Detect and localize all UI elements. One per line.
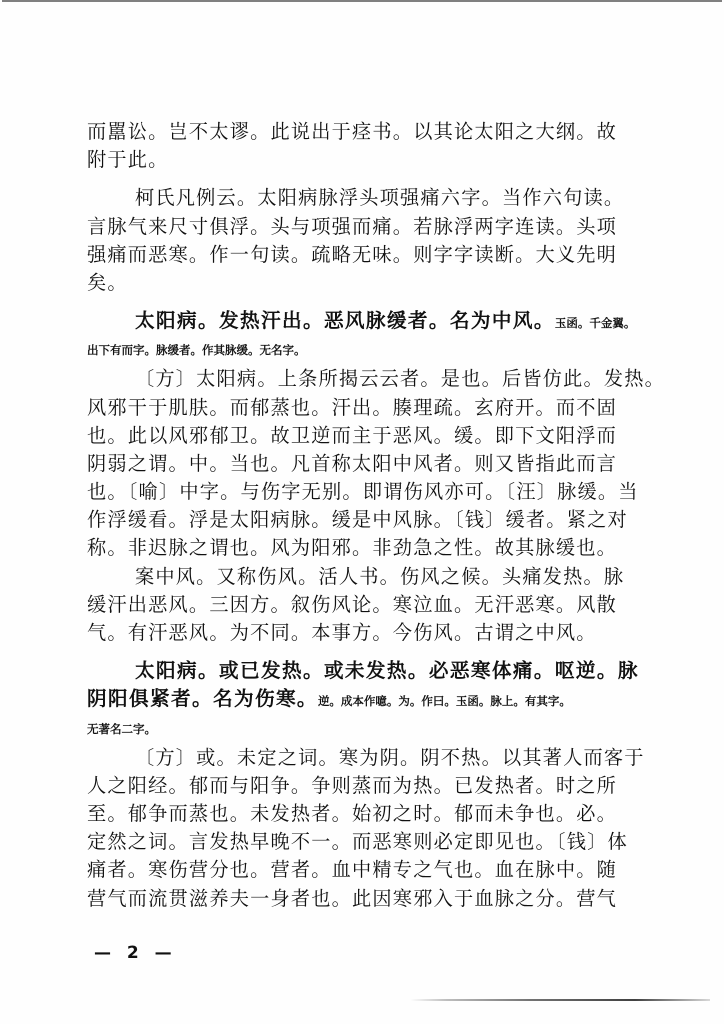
commentary-start-fang-2: 〔方〕或。未定之词。寒为阴。阴不热。以其著人而客于 [87, 744, 677, 772]
text-line: 矣。 [87, 269, 677, 297]
page-number: — 2 — [94, 943, 177, 963]
text-line: 气。有汗恶风。为不同。本事方。今伤风。古谓之中风。 [87, 619, 677, 647]
collation-note: 玉函。千金翼。 [555, 316, 636, 330]
classic-clause-zhongfeng: 太阳病。发热汗出。恶风脉缓者。名为中风。玉函。千金翼。 [87, 307, 677, 335]
text-line: 称。非迟脉之谓也。风为阳邪。非劲急之性。故其脉缓也。 [87, 534, 677, 562]
document-page-body: 而嚚讼。岂不太谬。此说出于痉书。以其论太阳之大纲。故 附于此。 柯氏凡例云。太阳… [87, 118, 677, 913]
clause-text: 太阳病。发热汗出。恶风脉缓者。名为中风。 [135, 309, 555, 332]
scan-top-border [2, 0, 722, 2]
text-line: 作浮缓看。浮是太阳病脉。缓是中风脉。〔钱〕缓者。紧之对 [87, 506, 677, 534]
paragraph-start-an: 案中风。又称伤风。活人书。伤风之候。头痛发热。脉 [87, 563, 677, 591]
text-line: 附于此。 [87, 146, 677, 174]
classic-clause-shanghan-cont: 阴阳俱紧者。名为伤寒。逆。成本作噫。为。作曰。玉函。脉上。有其字。 [87, 685, 677, 713]
paragraph-start-ke-shi: 柯氏凡例云。太阳病脉浮头项强痛六字。当作六句读。 [87, 184, 677, 212]
text-line: 也。此以风邪郁卫。故卫逆而主于恶风。缓。即下文阳浮而 [87, 422, 677, 450]
text-line: 人之阳经。郁而与阳争。争则蒸而为热。已发热者。时之所 [87, 772, 677, 800]
text-line: 定然之词。言发热早晚不一。而恶寒则必定即见也。〔钱〕体 [87, 828, 677, 856]
text-line: 缓汗出恶风。三因方。叙伤风论。寒泣血。无汗恶寒。风散 [87, 591, 677, 619]
commentary-start-fang: 〔方〕太阳病。上条所揭云云者。是也。后皆仿此。发热。 [87, 365, 677, 393]
text-line: 营气而流贯滋养夫一身者也。此因寒邪入于血脉之分。营气 [87, 885, 677, 913]
collation-note: 逆。成本作噫。为。作曰。玉函。脉上。有其字。 [318, 694, 571, 708]
text-line: 也。〔喻〕中字。与伤字无别。即谓伤风亦可。〔汪〕脉缓。当 [87, 478, 677, 506]
text-line: 至。郁争而蒸也。未发热者。始初之时。郁而未争也。必。 [87, 800, 677, 828]
text-line: 强痛而恶寒。作一句读。疏略无味。则字字读断。大义先明 [87, 241, 677, 269]
collation-note-line: 无著名二字。 [87, 714, 677, 744]
classic-clause-shanghan: 太阳病。或已发热。或未发热。必恶寒体痛。呕逆。脉 [87, 657, 677, 685]
text-line: 风邪干于肌肤。而郁蒸也。汗出。腠理疏。玄府开。而不固 [87, 394, 677, 422]
text-line: 痛者。寒伤营分也。营者。血中精专之气也。血在脉中。随 [87, 856, 677, 884]
clause-text: 阴阳俱紧者。名为伤寒。 [87, 687, 318, 710]
text-line: 阴弱之谓。中。当也。凡首称太阳中风者。则又皆指此而言 [87, 450, 677, 478]
text-line: 而嚚讼。岂不太谬。此说出于痉书。以其论太阳之大纲。故 [87, 118, 677, 146]
scan-artifact-line [410, 999, 710, 1001]
text-line: 言脉气来尺寸俱浮。头与项强而痛。若脉浮两字连读。头项 [87, 213, 677, 241]
collation-note-line: 出下有而字。脉缓者。作其脉缓。无名字。 [87, 335, 677, 365]
